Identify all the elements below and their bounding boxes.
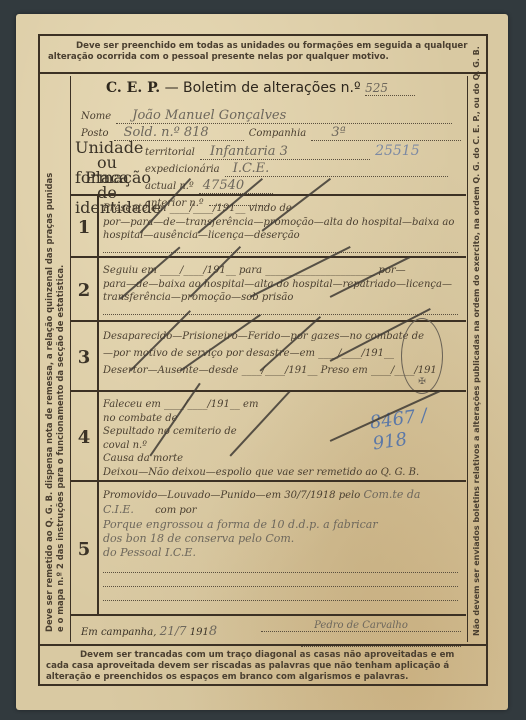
section-5-number: 5: [71, 482, 99, 616]
year-prefix: 191: [190, 627, 209, 638]
right-margin-text: Não devem ser enviados boletins relativo…: [472, 46, 482, 636]
top-instruction-note: Deve ser preenchido em todas as unidades…: [40, 36, 486, 74]
section-2-text: Seguiu em ____/____/191__ para _________…: [103, 264, 458, 305]
dotted-line: [103, 314, 458, 315]
section-1-line: hospital—ausência—licença—deserção: [103, 229, 458, 243]
section-5-line: Promovido—Louvado—Punido—em 30/7/1918 pe…: [103, 488, 458, 503]
com-label: com por: [155, 505, 196, 516]
dotted-line: [103, 600, 458, 601]
section-2-number: 2: [71, 258, 99, 322]
bottom-instruction-note: Devem ser trancadas com um traço diagona…: [40, 644, 486, 684]
section-5: 5 Promovido—Louvado—Punido—em 30/7/1918 …: [71, 480, 466, 616]
handwritten-5: dos bon 18 de conserva pelo Com.: [103, 532, 458, 546]
handwritten-1: Com.te da: [363, 488, 420, 501]
section-3-number: 3: [71, 322, 99, 392]
campaign-date: 21/7: [160, 624, 187, 638]
section-4-line: Deixou—Não deixou—espolio que vae ser re…: [103, 466, 458, 480]
em-campanha-label: Em campanha,: [81, 627, 156, 638]
section-4-number: 4: [71, 392, 99, 482]
section-1-text: Presente em ____/____/191__ vindo de por…: [103, 202, 458, 243]
dotted-line: [103, 572, 458, 573]
left-margin-note: Deve ser remetido ao Q. G. B. dispensa n…: [40, 76, 71, 642]
section-1-number: 1: [71, 196, 99, 258]
document-sheet: Deve ser preenchido em todas as unidades…: [16, 14, 508, 710]
handwritten-2: C.I.E.: [103, 503, 134, 516]
left-margin-text-2: e o mapa n.º 2 das instruções para o fun…: [55, 72, 65, 632]
promovido-label: Promovido—Louvado—Punido—em 30/7/1918 pe…: [103, 490, 360, 501]
companhia-label: Companhia: [249, 128, 307, 139]
archive-stamp: ✠: [401, 318, 443, 394]
companhia-value: 3ª: [311, 125, 461, 141]
title-text: — Boletim de alterações n.º: [165, 80, 361, 96]
bulletin-number: 525: [365, 81, 415, 96]
section-5-line: C.I.E. com por: [103, 503, 458, 518]
stamp-icon: ✠: [418, 377, 426, 387]
dotted-line: [103, 252, 458, 253]
section-4-line: Causa da morte: [103, 452, 458, 466]
section-2-line: transferência—promoção—sob prisão: [103, 291, 458, 305]
dotted-line: [103, 586, 458, 587]
title-prefix: C. E. P.: [106, 80, 160, 96]
em-campanha: Em campanha, 21/7 1918: [81, 624, 217, 639]
left-margin-text-1: Deve ser remetido ao Q. G. B. dispensa n…: [44, 72, 54, 632]
section-5-text: Promovido—Louvado—Punido—em 30/7/1918 pe…: [103, 488, 458, 560]
signature: Pedro de Carvalho: [261, 620, 461, 632]
right-margin-note: Não devem ser enviados boletins relativo…: [467, 76, 486, 642]
form-frame: Deve ser preenchido em todas as unidades…: [38, 34, 488, 686]
handwritten-4: Porque engrossou a forma de 10 d.d.p. a …: [103, 518, 458, 532]
form-main: C. E. P. — Boletim de alterações n.º 525…: [71, 76, 466, 642]
section-3: 3 Desaparecido—Prisioneiro—Ferido—por ga…: [71, 320, 466, 392]
form-title: C. E. P. — Boletim de alterações n.º 525: [106, 80, 415, 96]
year-suffix: 8: [209, 624, 217, 639]
handwritten-6: do Pessoal I.C.E.: [103, 546, 458, 560]
